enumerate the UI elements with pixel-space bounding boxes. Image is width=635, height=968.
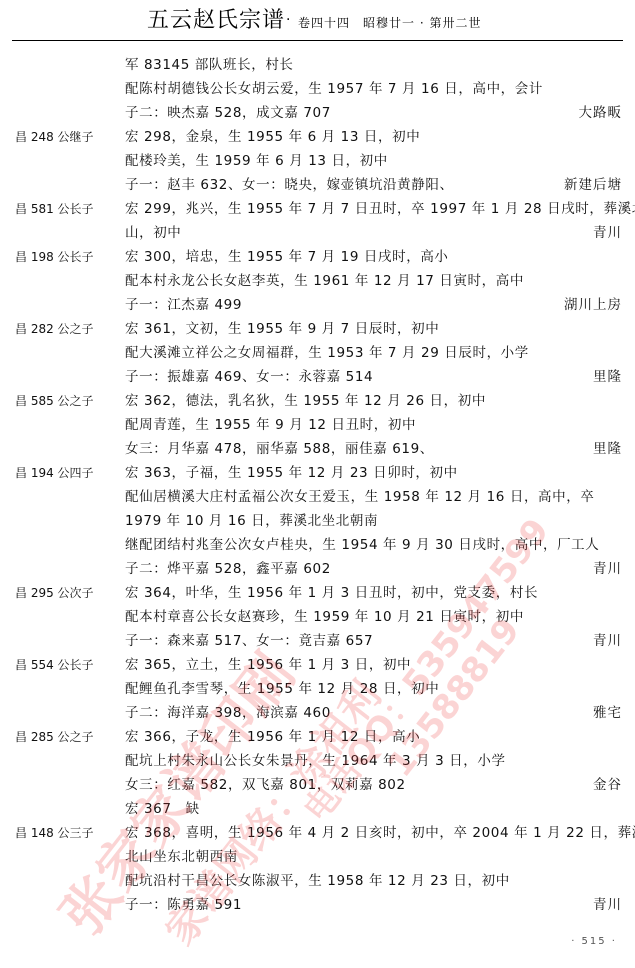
entry-line: 军 83145 部队班长，村长 xyxy=(0,54,635,76)
residence-location: 金谷 xyxy=(593,774,622,796)
entry-text: 配周青莲，生 1955 年 9 月 12 日丑时，初中 xyxy=(125,414,416,436)
entry-text: 宏 298，金泉，生 1955 年 6 月 13 日，初中 xyxy=(125,126,420,148)
entry-line: 昌 581 公长子宏 299，兆兴，生 1955 年 7 月 7 日丑时，卒 1… xyxy=(0,198,635,220)
residence-location: 新建后塘 xyxy=(564,174,622,196)
entry-line: 子一：江杰嘉 499湖川上房 xyxy=(0,294,635,316)
entry-text: 北山坐东北朝西南 xyxy=(125,846,238,868)
entry-text: 子一：江杰嘉 499 xyxy=(125,294,242,316)
entry-line: 子一：振雄嘉 469、女一：永蓉嘉 514里隆 xyxy=(0,366,635,388)
lineage-label: 昌 248 公继子 xyxy=(15,126,94,148)
entry-text: 山，初中 xyxy=(125,222,181,244)
entry-line: 配楼玲美，生 1959 年 6 月 13 日，初中 xyxy=(0,150,635,172)
entry-line: 配坑沿村干昌公长女陈淑平，生 1958 年 12 月 23 日，初中 xyxy=(0,870,635,892)
entry-line: 配仙居横溪大庄村孟福公次女王爱玉，生 1958 年 12 月 16 日，高中，卒 xyxy=(0,486,635,508)
entry-text: 配陈村胡德钱公长女胡云爱，生 1957 年 7 月 16 日，高中，会计 xyxy=(125,78,543,100)
entry-text: 军 83145 部队班长，村长 xyxy=(125,54,294,76)
lineage-label: 昌 282 公之子 xyxy=(15,318,94,340)
entry-text: 子二：烨平嘉 528，鑫平嘉 602 xyxy=(125,558,331,580)
residence-location: 雅宅 xyxy=(593,702,622,724)
residence-location: 里隆 xyxy=(593,438,622,460)
entry-line: 昌 194 公四子宏 363，子福，生 1955 年 12 月 23 日卯时，初… xyxy=(0,462,635,484)
residence-location: 青川 xyxy=(593,222,622,244)
entry-line: 昌 148 公三子宏 368，喜明，生 1956 年 4 月 2 日亥时，初中，… xyxy=(0,822,635,844)
entry-text: 配坑沿村干昌公长女陈淑平，生 1958 年 12 月 23 日，初中 xyxy=(125,870,510,892)
entry-line: 配大溪滩立祥公之女周福群，生 1953 年 7 月 29 日辰时，小学 xyxy=(0,342,635,364)
residence-location: 大路畈 xyxy=(579,102,623,124)
entry-text: 子二：海洋嘉 398，海滨嘉 460 xyxy=(125,702,331,724)
entry-line: 昌 285 公之子宏 366，子龙，生 1956 年 1 月 12 日，高小 xyxy=(0,726,635,748)
page-number: · 515 · xyxy=(571,936,617,947)
entry-text: 宏 363，子福，生 1955 年 12 月 23 日卯时，初中 xyxy=(125,462,458,484)
lineage-label: 昌 554 公长子 xyxy=(15,654,94,676)
residence-location: 湖川上房 xyxy=(564,294,622,316)
entry-line: 昌 295 公次子宏 364，叶华，生 1956 年 1 月 3 日丑时，初中，… xyxy=(0,582,635,604)
entry-line: 子二：海洋嘉 398，海滨嘉 460雅宅 xyxy=(0,702,635,724)
entry-text: 配楼玲美，生 1959 年 6 月 13 日，初中 xyxy=(125,150,388,172)
entry-text: 宏 300，培忠，生 1955 年 7 月 19 日戌时，高小 xyxy=(125,246,449,268)
entry-text: 宏 364，叶华，生 1956 年 1 月 3 日丑时，初中，党支委，村长 xyxy=(125,582,538,604)
entry-text: 宏 299，兆兴，生 1955 年 7 月 7 日丑时，卒 1997 年 1 月… xyxy=(125,198,635,220)
entry-line: 子一：赵丰 632、女一：晓央，嫁壶镇坑沿黄静阳、新建后塘 xyxy=(0,174,635,196)
entry-text: 子一：赵丰 632、女一：晓央，嫁壶镇坑沿黄静阳、 xyxy=(125,174,454,196)
entry-line: 1979 年 10 月 16 日，葬溪北坐北朝南 xyxy=(0,510,635,532)
entry-text: 女三：月华嘉 478，丽华嘉 588，丽佳嘉 619、 xyxy=(125,438,434,460)
lineage-label: 昌 295 公次子 xyxy=(15,582,94,604)
entry-line: 子二：映杰嘉 528，成文嘉 707大路畈 xyxy=(0,102,635,124)
entry-text: 配大溪滩立祥公之女周福群，生 1953 年 7 月 29 日辰时，小学 xyxy=(125,342,529,364)
entry-text: 宏 367 缺 xyxy=(125,798,200,820)
entry-line: 配本村永龙公长女赵李英，生 1961 年 12 月 17 日寅时，高中 xyxy=(0,270,635,292)
entry-text: 配坑上村朱永山公长女朱景丹，生 1964 年 3 月 3 日，小学 xyxy=(125,750,506,772)
lineage-label: 昌 148 公三子 xyxy=(15,822,94,844)
entry-text: 继配团结村兆奎公次女卢桂央，生 1954 年 9 月 30 日戌时，高中，厂工人 xyxy=(125,534,599,556)
entry-line: 宏 367 缺 xyxy=(0,798,635,820)
lineage-label: 昌 194 公四子 xyxy=(15,462,94,484)
entry-text: 子二：映杰嘉 528，成文嘉 707 xyxy=(125,102,331,124)
entry-line: 昌 585 公之子宏 362，德法，乳名狄，生 1955 年 12 月 26 日… xyxy=(0,390,635,412)
residence-location: 青川 xyxy=(593,558,622,580)
entry-line: 子一：陈勇嘉 591青川 xyxy=(0,894,635,916)
genealogy-entries: 军 83145 部队班长，村长配陈村胡德钱公长女胡云爱，生 1957 年 7 月… xyxy=(0,0,635,968)
entry-line: 配陈村胡德钱公长女胡云爱，生 1957 年 7 月 16 日，高中，会计 xyxy=(0,78,635,100)
entry-line: 北山坐东北朝西南 xyxy=(0,846,635,868)
entry-text: 宏 368，喜明，生 1956 年 4 月 2 日亥时，初中，卒 2004 年 … xyxy=(125,822,635,844)
lineage-label: 昌 198 公长子 xyxy=(15,246,94,268)
entry-text: 宏 361，文初，生 1955 年 9 月 7 日辰时，初中 xyxy=(125,318,439,340)
entry-line: 昌 282 公之子宏 361，文初，生 1955 年 9 月 7 日辰时，初中 xyxy=(0,318,635,340)
entry-line: 昌 554 公长子宏 365，立土，生 1956 年 1 月 3 日，初中 xyxy=(0,654,635,676)
entry-text: 配本村章喜公长女赵赛珍，生 1959 年 10 月 21 日寅时，初中 xyxy=(125,606,524,628)
entry-text: 配仙居横溪大庄村孟福公次女王爱玉，生 1958 年 12 月 16 日，高中，卒 xyxy=(125,486,594,508)
residence-location: 里隆 xyxy=(593,366,622,388)
entry-line: 子二：烨平嘉 528，鑫平嘉 602青川 xyxy=(0,558,635,580)
entry-line: 女三：红嘉 582，双飞嘉 801，双莉嘉 802金谷 xyxy=(0,774,635,796)
entry-line: 继配团结村兆奎公次女卢桂央，生 1954 年 9 月 30 日戌时，高中，厂工人 xyxy=(0,534,635,556)
entry-text: 配鲤鱼孔李雪琴，生 1955 年 12 月 28 日，初中 xyxy=(125,678,439,700)
entry-text: 配本村永龙公长女赵李英，生 1961 年 12 月 17 日寅时，高中 xyxy=(125,270,524,292)
entry-line: 山，初中青川 xyxy=(0,222,635,244)
lineage-label: 昌 581 公长子 xyxy=(15,198,94,220)
entry-line: 昌 198 公长子宏 300，培忠，生 1955 年 7 月 19 日戌时，高小 xyxy=(0,246,635,268)
entry-line: 配周青莲，生 1955 年 9 月 12 日丑时，初中 xyxy=(0,414,635,436)
entry-text: 女三：红嘉 582，双飞嘉 801，双莉嘉 802 xyxy=(125,774,406,796)
entry-text: 1979 年 10 月 16 日，葬溪北坐北朝南 xyxy=(125,510,378,532)
entry-line: 配鲤鱼孔李雪琴，生 1955 年 12 月 28 日，初中 xyxy=(0,678,635,700)
entry-text: 子一：森来嘉 517、女一：竟吉嘉 657 xyxy=(125,630,373,652)
residence-location: 青川 xyxy=(593,630,622,652)
residence-location: 青川 xyxy=(593,894,622,916)
entry-text: 子一：陈勇嘉 591 xyxy=(125,894,242,916)
entry-line: 子一：森来嘉 517、女一：竟吉嘉 657青川 xyxy=(0,630,635,652)
entry-line: 配坑上村朱永山公长女朱景丹，生 1964 年 3 月 3 日，小学 xyxy=(0,750,635,772)
entry-text: 宏 365，立土，生 1956 年 1 月 3 日，初中 xyxy=(125,654,411,676)
entry-line: 配本村章喜公长女赵赛珍，生 1959 年 10 月 21 日寅时，初中 xyxy=(0,606,635,628)
entry-text: 宏 366，子龙，生 1956 年 1 月 12 日，高小 xyxy=(125,726,420,748)
entry-text: 子一：振雄嘉 469、女一：永蓉嘉 514 xyxy=(125,366,373,388)
entry-text: 宏 362，德法，乳名狄，生 1955 年 12 月 26 日，初中 xyxy=(125,390,486,412)
lineage-label: 昌 585 公之子 xyxy=(15,390,94,412)
lineage-label: 昌 285 公之子 xyxy=(15,726,94,748)
entry-line: 女三：月华嘉 478，丽华嘉 588，丽佳嘉 619、里隆 xyxy=(0,438,635,460)
entry-line: 昌 248 公继子宏 298，金泉，生 1955 年 6 月 13 日，初中 xyxy=(0,126,635,148)
